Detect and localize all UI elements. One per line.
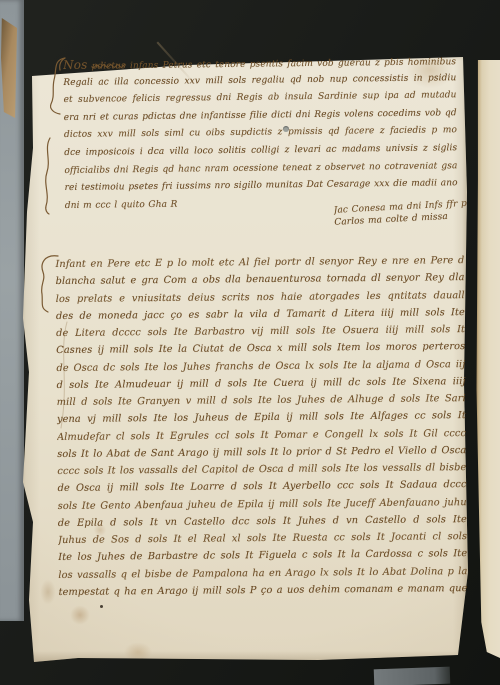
catalan-letter-block: Infant en Pere etc E p lo molt etc Al fi… <box>55 252 467 601</box>
book-spine-edge <box>1 18 17 118</box>
margin-flourish-icon <box>42 136 54 216</box>
ink-blot-dot <box>100 605 103 608</box>
photo-background: Nos pdictus infans Petrus etc tenore pse… <box>0 0 500 685</box>
adjacent-page-edge <box>476 60 500 658</box>
struck-word: pdictus <box>91 61 125 71</box>
support-surface-bottom <box>374 667 451 685</box>
latin-grant-block: Nos pdictus infans Petrus etc tenore pse… <box>63 52 458 215</box>
opening-word: Nos <box>63 58 87 72</box>
